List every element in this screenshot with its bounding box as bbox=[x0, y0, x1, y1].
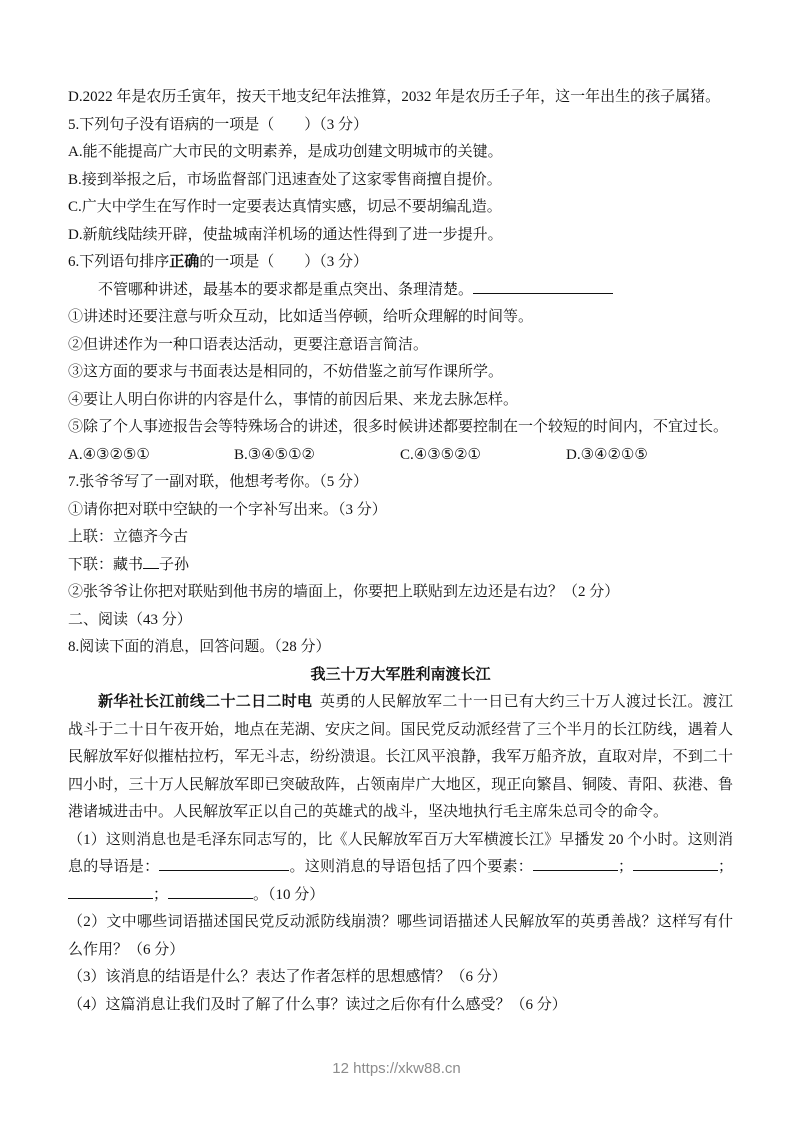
q7-stem: 7.张爷爷写了一副对联，他想考考你。（5 分） bbox=[68, 469, 733, 497]
q4-option-d: D.2022 年是农历壬寅年，按天干地支纪年法推算，2032 年是农历壬子年，这… bbox=[68, 84, 733, 112]
q8-sub1-text2: 。这则消息的导语包括了四个要素： bbox=[289, 859, 533, 875]
q5-option-c: C.广大中学生在写作时一定要表达真情实感，切忌不要胡编乱造。 bbox=[68, 194, 733, 222]
q6-option-d: D.③④②①⑤ bbox=[566, 442, 648, 470]
q8-sub3: （3）该消息的结语是什么？表达了作者怎样的思想感情？（6 分） bbox=[68, 964, 733, 992]
q6-item-4: ④要让人明白你讲的内容是什么，事情的前因后果、来龙去脉怎样。 bbox=[68, 387, 733, 415]
q8-sub1-blank-daoyu bbox=[159, 855, 289, 871]
q7-sub1: ①请你把对联中空缺的一个字补写出来。（3 分） bbox=[68, 497, 733, 525]
q6-stem: 6.下列语句排序正确的一项是（ ）（3 分） bbox=[68, 249, 733, 277]
q7-couplet-lower-suffix: 子孙 bbox=[159, 557, 189, 573]
q6-item-2: ②但讲述作为一种口语表达活动，更要注意语言简洁。 bbox=[68, 332, 733, 360]
q6-item-3: ③这方面的要求与书面表达是相同的，不妨借鉴之前写作课所学。 bbox=[68, 359, 733, 387]
q6-option-b: B.③④⑤①② bbox=[234, 442, 400, 470]
q8-sub1-blank-2 bbox=[633, 855, 718, 871]
q8-sub1-blank-1 bbox=[533, 855, 618, 871]
q6-stem-prefix: 6.下列语句排序 bbox=[68, 254, 169, 270]
q7-couplet-lower-prefix: 下联：藏书 bbox=[68, 557, 143, 573]
q6-lead-blank bbox=[473, 278, 613, 294]
q8-stem: 8.阅读下面的消息，回答问题。（28 分） bbox=[68, 634, 733, 662]
exam-page-body: D.2022 年是农历壬寅年，按天干地支纪年法推算，2032 年是农历壬子年，这… bbox=[68, 84, 733, 1019]
q5-stem: 5.下列句子没有语病的一项是（ ）（3 分） bbox=[68, 112, 733, 140]
q5-option-a: A.能不能提高广大市民的文明素养，是成功创建文明城市的关键。 bbox=[68, 139, 733, 167]
q6-options-row: A.④③②⑤①B.③④⑤①②C.④③⑤②①D.③④②①⑤ bbox=[68, 442, 733, 470]
q8-sub4: （4）这篇消息让我们及时了解了什么事？读过之后你有什么感受？（6 分） bbox=[68, 992, 733, 1020]
q6-lead-text: 不管哪种讲述，最基本的要求都是重点突出、条理清楚。 bbox=[98, 282, 473, 298]
q6-item-1: ①讲述时还要注意与听众互动，比如适当停顿，给听众理解的时间等。 bbox=[68, 304, 733, 332]
q6-item-5: ⑤除了个人事迹报告会等特殊场合的讲述，很多时候讲述都要控制在一个较短的时间内，不… bbox=[68, 414, 733, 442]
q8-news-dateline: 新华社长江前线二十二日二时电 bbox=[98, 694, 312, 710]
q7-couplet-blank bbox=[143, 553, 159, 569]
q7-couplet-upper: 上联：立德齐今古 bbox=[68, 524, 733, 552]
q8-sub1-sep3: ； bbox=[153, 887, 168, 903]
q8-sub1-blank-4 bbox=[168, 883, 253, 899]
q5-option-d: D.新航线陆续开辟，使盐城南洋机场的通达性得到了进一步提升。 bbox=[68, 222, 733, 250]
q8-sub1-end: 。（10 分） bbox=[253, 887, 324, 903]
q7-couplet-lower: 下联：藏书子孙 bbox=[68, 552, 733, 580]
q6-stem-suffix: 的一项是（ ）（3 分） bbox=[199, 254, 368, 270]
q8-sub1: （1）这则消息也是毛泽东同志写的，比《人民解放军百万大军横渡长江》早播发 20 … bbox=[68, 827, 733, 910]
q8-news-body: 英勇的人民解放军二十一日已有大约三十万人渡过长江。渡江战斗于二十日午夜开始，地点… bbox=[68, 694, 733, 820]
q6-stem-bold: 正确 bbox=[169, 254, 199, 270]
q6-option-c: C.④③⑤②① bbox=[400, 442, 566, 470]
q7-sub2: ②张爷爷让你把对联贴到他书房的墙面上，你要把上联贴到左边还是右边？（2 分） bbox=[68, 579, 733, 607]
q6-lead-sentence: 不管哪种讲述，最基本的要求都是重点突出、条理清楚。 bbox=[68, 277, 733, 305]
q8-sub1-sep2: ； bbox=[718, 859, 733, 875]
q8-sub1-blank-3 bbox=[68, 883, 153, 899]
q8-sub1-sep1: ； bbox=[618, 859, 633, 875]
q8-news-title: 我三十万大军胜利南渡长江 bbox=[68, 662, 733, 690]
q6-option-a: A.④③②⑤① bbox=[68, 442, 234, 470]
q8-sub2: （2）文中哪些词语描述国民党反动派防线崩溃？哪些词语描述人民解放军的英勇善战？这… bbox=[68, 909, 733, 964]
q8-news-paragraph: 新华社长江前线二十二日二时电英勇的人民解放军二十一日已有大约三十万人渡过长江。渡… bbox=[68, 689, 733, 827]
page-footer: 12 https://xkw88.cn bbox=[0, 1060, 793, 1077]
q5-option-b: B.接到举报之后，市场监督部门迅速查处了这家零售商擅自提价。 bbox=[68, 167, 733, 195]
section2-header: 二、阅读（43 分） bbox=[68, 607, 733, 635]
